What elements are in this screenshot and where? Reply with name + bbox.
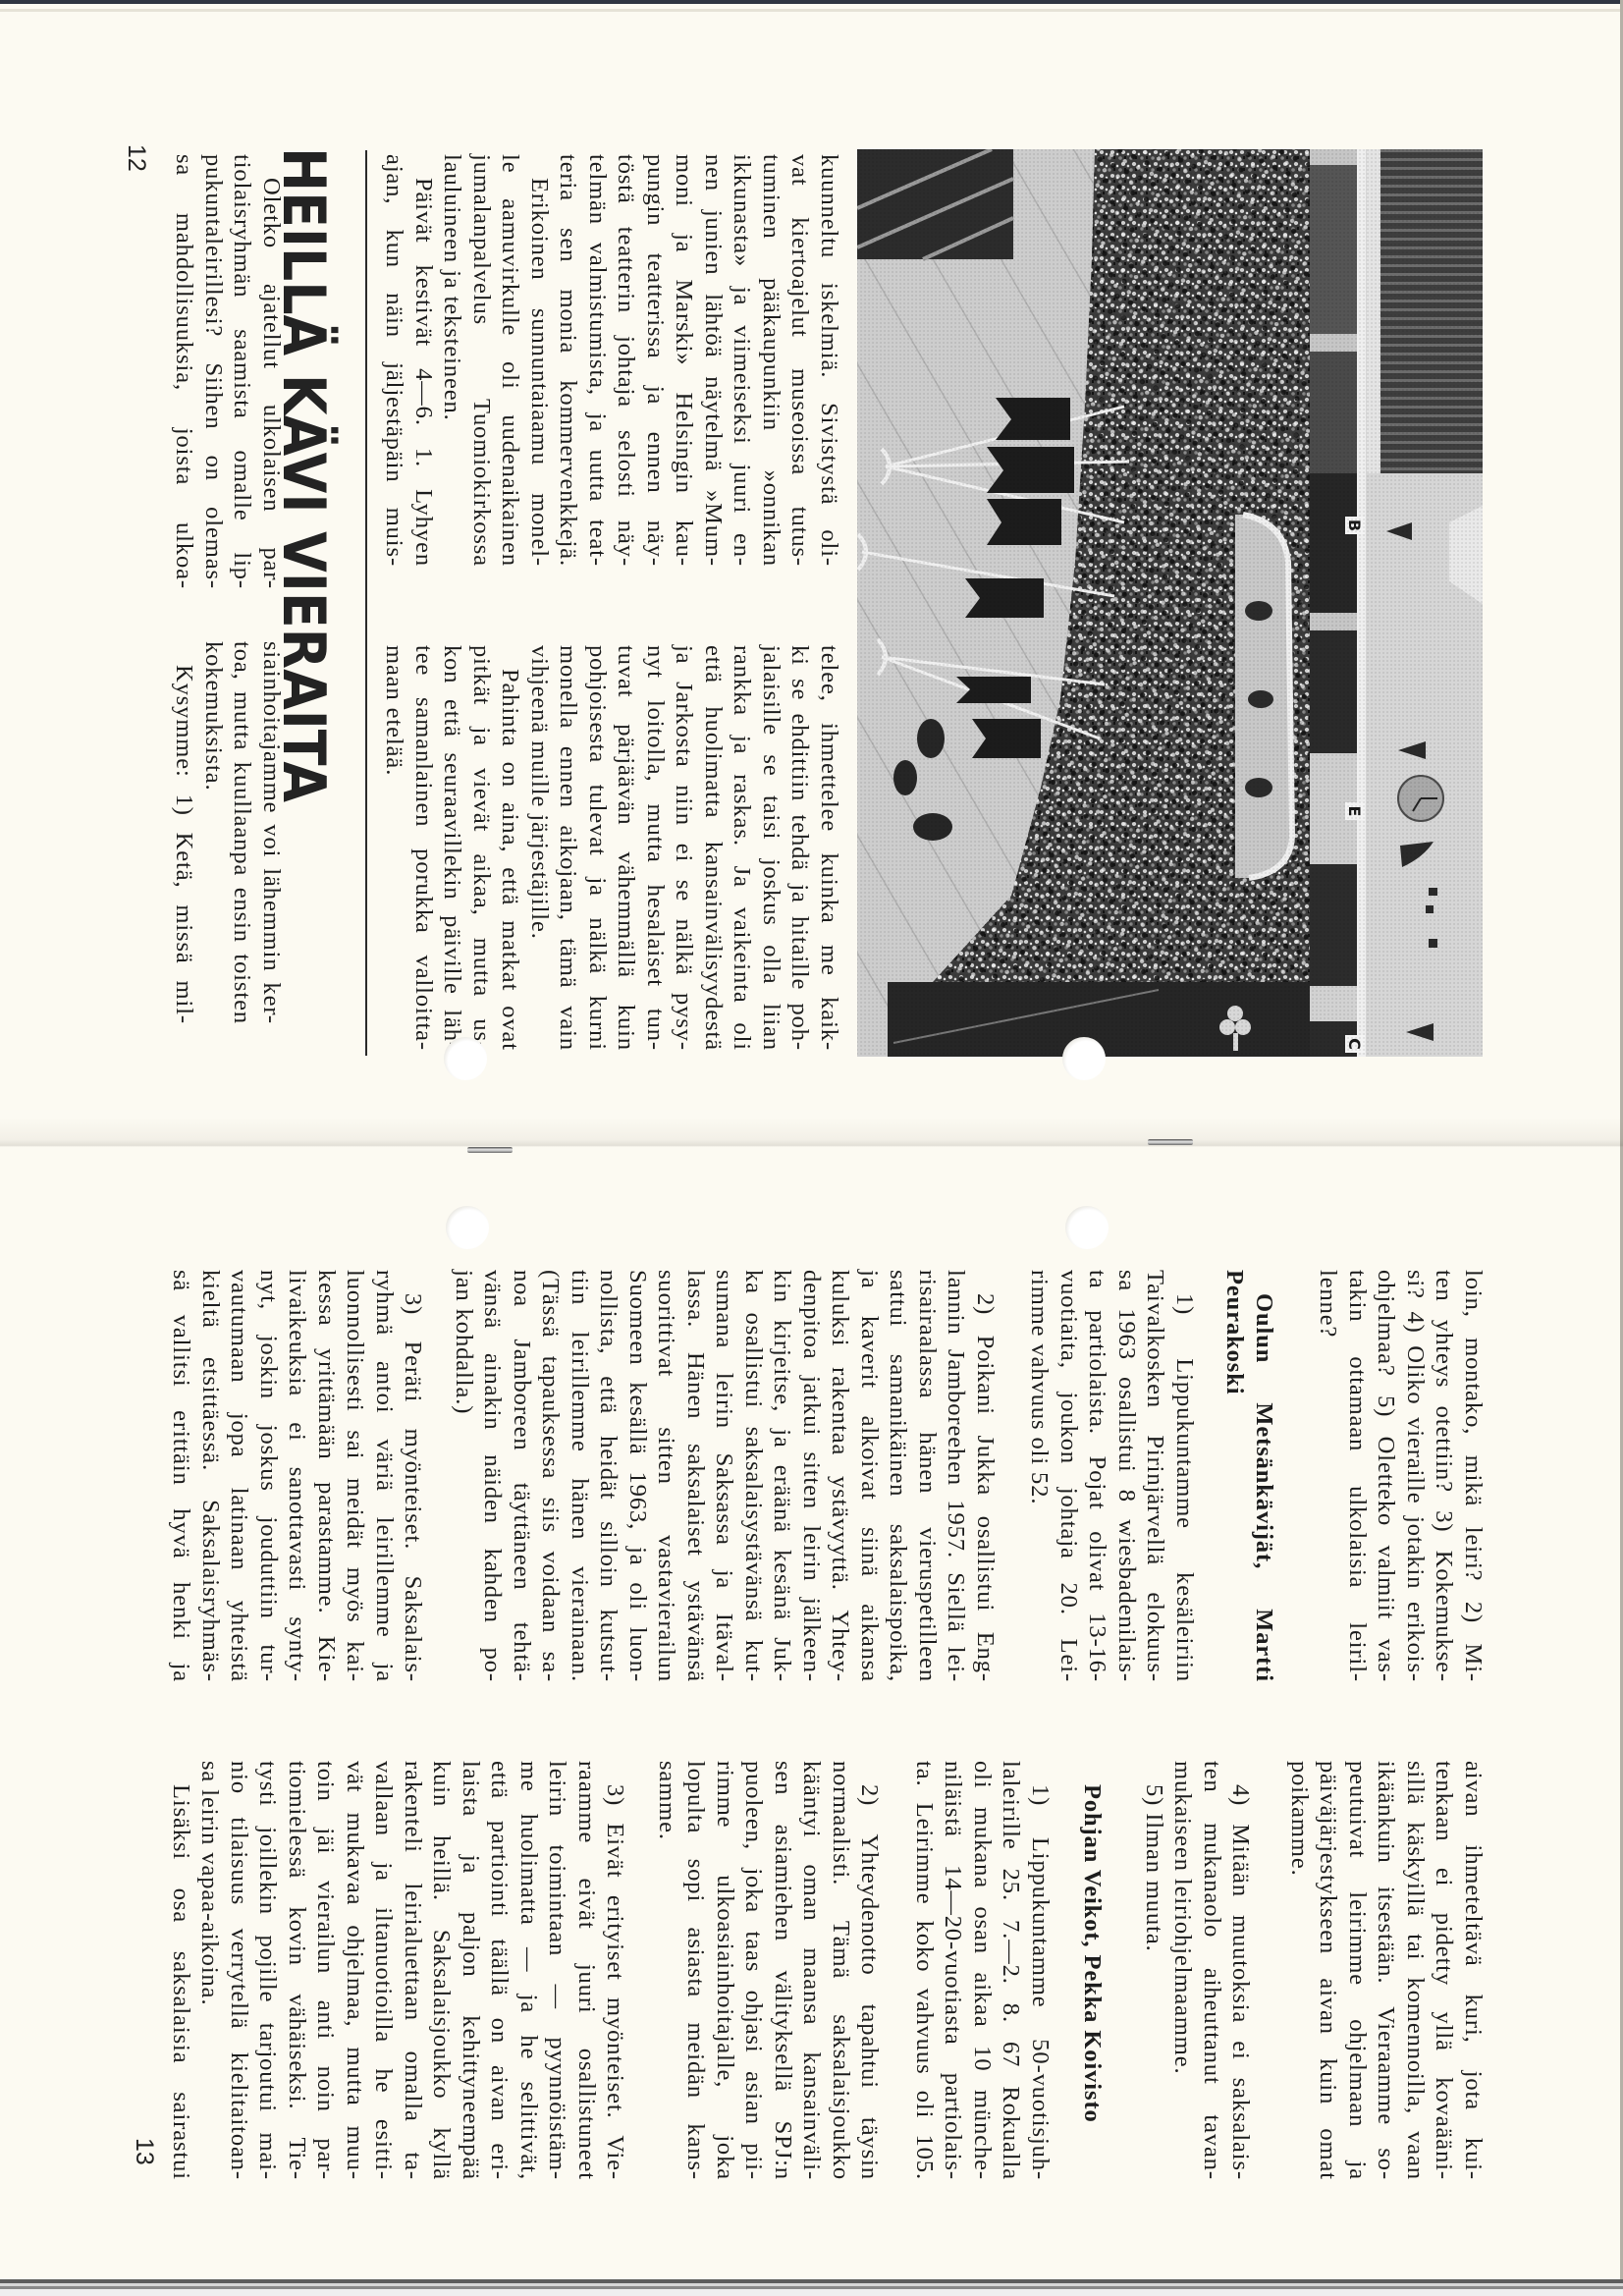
text-line: niläistä 14—20-vuotiasta partiolais-: [939, 1761, 968, 2180]
center-fold: [0, 1118, 1623, 1147]
text-line: 3) Eivät erityiset myönteiset. Vie-: [601, 1761, 630, 2180]
scan-background-right: [0, 2289, 1623, 2296]
answer-paragraph: 4) Mitään muutoksia ei saksalais-ten muk…: [1168, 1761, 1256, 2180]
text-line: nyt loitolla, mutta hesalaiset tun-: [641, 645, 671, 1051]
magazine-spread: B E C: [0, 0, 1623, 2296]
staple: [1148, 1139, 1193, 1145]
text-line: nio tilaisuus verrytellä kielitaitoan-: [225, 1761, 254, 2180]
text-line: töstä teatterin johtaja selosti näy-: [612, 154, 641, 567]
paragraph: Päivät kestivät 4—6. 1. Lyhyenajan, kun …: [380, 154, 438, 567]
text-line: poikamme.: [1285, 1761, 1315, 2180]
paragraph: Kysymme: 1) Ketä, missä mil-: [170, 641, 199, 1024]
paragraph: Oletko ajatellut ulkolaisen par-tiolaisr…: [170, 154, 286, 589]
text-line: sä vallitsi erittäin hyvä henki ja: [167, 1270, 196, 1682]
text-line: tiin leirillemme hänen vierainaan.: [566, 1270, 595, 1682]
text-line: nyt, joskin joskus jouduttiin tur-: [254, 1270, 284, 1682]
text-line: ja Jarkosta niin ei se nälkä pysy-: [670, 645, 699, 1051]
text-line: risairaalassa hänen vieruspetilleen: [913, 1270, 943, 1682]
section-divider: [365, 150, 367, 1056]
text-line: le aamuvirkulle oli uudenaikainen: [496, 154, 525, 567]
page-number: 12: [124, 144, 148, 172]
text-line: Pahinta on aina, että matkat ovat: [496, 645, 525, 1051]
story-column-1: kuunneltu iskelmiä. Sivistystä oli-vat k…: [380, 154, 843, 567]
text-line: kessa yrittämään parastamme. Kie-: [312, 1270, 342, 1682]
text-line: telmän valmistumista, ja uutta teat-: [583, 154, 613, 567]
text-line: lauluineen ja teksteineen.: [438, 154, 467, 567]
text-line: tuminen pääkaupunkiin »onnikan: [757, 154, 786, 567]
text-line: että huolimatta kansainvälisyydestä: [699, 645, 729, 1051]
text-line: että partiointi täällä on aivan eri-: [485, 1761, 514, 2180]
text-line: ja kaverit alkoivat siinä aikansa: [855, 1270, 885, 1682]
text-line: lopulta sopi asiasta meidän kans-: [681, 1761, 711, 2180]
text-line: denpitoa jatkui sitten leirin jälkeen-: [797, 1270, 827, 1682]
binding-hole: [446, 1206, 489, 1249]
text-line: leirin toimintaan — pyynnöistäm-: [543, 1761, 572, 2180]
text-line: ten mukanaolo aiheuttanut tavan-: [1198, 1761, 1227, 2180]
feature-title: HEILLÄ KÄVI VIERAITA: [280, 147, 343, 805]
text-line: tenkaan ei pidetty yllä kovaääni-: [1430, 1761, 1459, 2180]
text-line: lassa. Hänen saksalaiset ystävänsä: [681, 1270, 711, 1682]
binding-hole: [1062, 1037, 1106, 1080]
text-line: vihjeenä muille järjestäjille.: [525, 645, 555, 1051]
text-line: mukaiseen leiriohjelmaamme.: [1168, 1761, 1198, 2180]
feature-column-2: siainhoitajamme voi lähemmin ker-toa, mu…: [170, 641, 286, 1024]
text-line: jan kohdalla.): [450, 1270, 479, 1682]
text-line: Pohjan Veikot, Pekka Koivisto: [1078, 1761, 1108, 2180]
text-line: Erikoinen sunnuntaiaamu monel-: [525, 154, 555, 567]
text-line: jalaisille se taisi joskus olla liian: [757, 645, 786, 1051]
text-line: Lisäksi osa saksalaisia sairastui: [167, 1761, 196, 2180]
text-line: teria sen monia kommervenkkejä.: [554, 154, 583, 567]
text-line: monella ennen aikojaan, tämä vain: [554, 645, 583, 1051]
text-line: rimme vahvuus oli 52.: [1025, 1270, 1055, 1682]
text-line: rimme ulkoasiainhoitajalle, joka: [711, 1761, 740, 2180]
text-line: noa Jamboreen täyttäneen tehtä-: [508, 1270, 537, 1682]
text-line: vänsä ainakin näiden kahden po-: [478, 1270, 508, 1682]
text-line: sen asiamiehen välityksellä SPJ:n: [769, 1761, 798, 2180]
text-line: pohjoisesta tulevat ja nälkä kurni: [583, 645, 613, 1051]
text-line: lannin Jamboreehen 1957. Siellä lei-: [942, 1270, 971, 1682]
paper-crease: [0, 9, 1623, 12]
text-line: si? 4) Oliko vieraille jotakin erikois-: [1401, 1270, 1431, 1682]
answer-paragraph: 3) Eivät erityiset myönteiset. Vie-raamm…: [195, 1761, 630, 2180]
answer-paragraph: 3) Peräti myönteiset. Saksalais-ryhmä an…: [167, 1270, 428, 1682]
text-line: loin, montako, mikä leiri? 2) Mi-: [1459, 1270, 1488, 1682]
text-line: ikkunasta» ja viimeiseksi juuri en-: [728, 154, 757, 567]
text-line: raamme eivät juuri osallistuneet: [572, 1761, 602, 2180]
text-line: ta partiolaista. Pojat olivat 13-16-: [1083, 1270, 1112, 1682]
text-line: nollista, että heidät silloin kutsut-: [594, 1270, 623, 1682]
text-line: samme.: [653, 1761, 682, 2180]
feature-column-1: Oletko ajatellut ulkolaisen par-tiolaisr…: [170, 154, 286, 589]
text-line: 3) Peräti myönteiset. Saksalais-: [399, 1270, 428, 1682]
photo-image: B E C: [857, 149, 1483, 1057]
text-line: pungin teatterissa ja ennen näy-: [641, 154, 671, 567]
text-line: pukuntaleirillesi? Siihen on olemas-: [199, 154, 229, 589]
text-line: vautumaan jopa latinaan yhteistä: [225, 1270, 254, 1682]
paragraph: loin, montako, mikä leiri? 2) Mi-ten yht…: [1314, 1270, 1488, 1682]
staple: [467, 1147, 513, 1153]
text-line: ten yhteys otettiin? 3) Kokemukse-: [1430, 1270, 1459, 1682]
text-line: rankka ja raskas. Ja vaikeinta oli: [728, 645, 757, 1051]
text-line: (Tässä tapauksessa siis voidaan sa-: [536, 1270, 566, 1682]
text-line: tiomielessä kovin vähäiseksi. Tie-: [283, 1761, 312, 2180]
text-line: lenne?: [1314, 1270, 1343, 1682]
text-line: vallaan ja iltanuotioilla he esitti-: [369, 1761, 399, 2180]
text-line: kuluksi rakentaa ystävyyttä. Yhtey-: [826, 1270, 855, 1682]
text-line: kuunneltu iskelmiä. Sivistystä oli-: [815, 154, 844, 567]
text-line: aivan ihmeteltävä kuri, jota kui-: [1459, 1761, 1488, 2180]
scout-assembly-photo: B E C: [857, 149, 1483, 1057]
answer-paragraph: 2) Poikani Jukka osallistui Eng-lannin J…: [450, 1270, 1001, 1682]
text-line: vat kiertoajelut museoissa tutus-: [785, 154, 815, 567]
paragraph: Lisäksi osa saksalaisia sairastui: [167, 1761, 196, 2180]
text-line: 2) Poikani Jukka osallistui Eng-: [971, 1270, 1001, 1682]
text-line: ikäänkuin itsestään. Vieraamme so-: [1372, 1761, 1401, 2180]
text-line: kääntyi oman maansa kansainväli-: [797, 1761, 827, 2180]
text-line: 1) Lippukuntamme 50-vuotisjuh-: [1026, 1761, 1055, 2180]
paragraph: Erikoinen sunnuntaiaamu monel-le aamuvir…: [438, 154, 554, 567]
story-column-2: telee, ihmettelee kuinka me kaik-ki se e…: [380, 645, 843, 1051]
text-line: päiväjärjestykseen aivan kuin omat: [1314, 1761, 1343, 2180]
text-line: toin jäi vierailun anti noin par-: [311, 1761, 341, 2180]
text-line: ohjelmaa? 5) Oletteko valmiit vas-: [1372, 1270, 1401, 1682]
text-line: 2) Yhteydenotto tapahtui täysin: [855, 1761, 885, 2180]
text-line: jumalanpalvelus Tuomiokirkossa: [467, 154, 497, 567]
text-line: Taivalkosken Pirinjärvellä elokuus-: [1141, 1270, 1170, 1682]
text-line: puoleen, joka taas ohjasi asian pii-: [739, 1761, 769, 2180]
text-line: livaikeuksia ei sanottavasti synty-: [283, 1270, 312, 1682]
text-line: peutuivat leirimme ohjelmaan ja: [1343, 1761, 1373, 2180]
text-line: luonnollisesti sai meidät myös kai-: [341, 1270, 370, 1682]
text-line: maan etelää.: [380, 645, 409, 1051]
text-line: sattui samanikäinen saksalaispoika,: [884, 1270, 913, 1682]
page13-column-2: aivan ihmeteltävä kuri, jota kui-tenkaan…: [167, 1761, 1488, 2180]
text-line: laista ja paljon kehittyneempää: [457, 1761, 486, 2180]
text-line: Oulun Metsänkävijät, Martti: [1250, 1270, 1279, 1682]
text-line: siainhoitajamme voi lähemmin ker-: [257, 641, 287, 1024]
text-line: kieltä etsittäessä. Saksalaisryhmäs-: [196, 1270, 226, 1682]
text-line: ryhmä antoi väriä leirillemme ja: [370, 1270, 400, 1682]
binding-hole: [444, 1037, 487, 1080]
text-line: rakenteli leirialuettaan omalla ta-: [399, 1761, 428, 2180]
text-line: tuvat pärjäävän vähemmällä kuin: [612, 645, 641, 1051]
troop-byline-heading: Oulun Metsänkävijät, MarttiPeurakoski: [1220, 1270, 1278, 1682]
paragraph: telee, ihmettelee kuinka me kaik-ki se e…: [525, 645, 844, 1051]
answer-paragraph: 1) Lippukuntamme kesäleiriinTaivalkosken…: [1025, 1270, 1199, 1682]
text-line: takin ottamaan ulkolaisia leiril-: [1343, 1270, 1373, 1682]
text-line: Peurakoski: [1220, 1270, 1250, 1682]
text-line: Päivät kestivät 4—6. 1. Lyhyen: [409, 154, 439, 567]
page13-column-1: loin, montako, mikä leiri? 2) Mi-ten yht…: [167, 1270, 1488, 1682]
text-line: ajan, kun näin jäljestäpäin muis-: [380, 154, 409, 567]
text-line: 1) Lippukuntamme kesäleiriin: [1170, 1270, 1200, 1682]
text-line: kuin heillä. Saksalaisjoukko kyllä: [427, 1761, 457, 2180]
text-line: kokemuksista.: [199, 641, 229, 1024]
text-line: ki se ehdittiin tehdä ja hitaille poh-: [785, 645, 815, 1051]
paragraph: aivan ihmeteltävä kuri, jota kui-tenkaan…: [1285, 1761, 1488, 2180]
text-line: Oletko ajatellut ulkolaisen par-: [257, 154, 287, 589]
text-line: tiolaisryhmän saamista omalle lip-: [228, 154, 257, 589]
text-line: vät mukavaa ohjelmaa, mutta muu-: [341, 1761, 370, 2180]
answer-paragraph: 1) Lippukuntamme 50-vuotisjuh-laleirille…: [910, 1761, 1055, 2180]
text-line: Kysymme: 1) Ketä, missä mil-: [170, 641, 199, 1024]
paragraph: kuunneltu iskelmiä. Sivistystä oli-vat k…: [554, 154, 843, 567]
text-line: telee, ihmettelee kuinka me kaik-: [815, 645, 844, 1051]
text-line: pitkät ja vievät aikaa, mutta us-: [467, 645, 497, 1051]
text-line: normaalisti. Tämä saksalaisjoukko: [827, 1761, 856, 2180]
text-line: sillä käskyillä tai komennoilla, vaan: [1401, 1761, 1431, 2180]
paragraph: siainhoitajamme voi lähemmin ker-toa, mu…: [199, 641, 287, 1024]
scan-edge-left: [0, 0, 1623, 4]
text-line: 5) Ilman muuta.: [1140, 1761, 1169, 2180]
text-line: sa 1963 osallistui 8 wiesbadenilais-: [1112, 1270, 1142, 1682]
text-line: Suomeen kesällä 1963, ja oli luon-: [623, 1270, 653, 1682]
page-number: 13: [132, 2138, 156, 2165]
text-line: toa, mutta kuullaanpa ensin toisten: [228, 641, 257, 1024]
text-line: tee samanlainen porukka valloitta-: [409, 645, 439, 1051]
text-line: ta. Leirimme koko vahvuus oli 105.: [910, 1761, 940, 2180]
text-line: oli mukana osan aikaa 10 münche-: [968, 1761, 998, 2180]
text-line: me huolimatta — ja he selittivät,: [514, 1761, 544, 2180]
text-line: kon että seuraavillekin päiville läh-: [438, 645, 467, 1051]
text-line: sa mahdollisuuksia, joista ulkoa-: [170, 154, 199, 589]
binding-hole: [1065, 1206, 1109, 1249]
text-line: vuotiaita, joukon johtaja 20. Lei-: [1055, 1270, 1084, 1682]
answer-paragraph: 2) Yhteydenotto tapahtui täysinnormaalis…: [653, 1761, 885, 2180]
text-line: tysti joillekin pojille tarjoutui mai-: [253, 1761, 283, 2180]
text-line: 4) Mitään muutoksia ei saksalais-: [1226, 1761, 1256, 2180]
text-line: suorittivat sitten vastavierailun: [652, 1270, 681, 1682]
text-line: laleirille 25. 7.—2. 8. 67 Rokualla: [997, 1761, 1026, 2180]
troop-byline-heading: Pohjan Veikot, Pekka Koivisto: [1078, 1761, 1108, 2180]
text-line: sa leirin vapaa-aikoina.: [195, 1761, 225, 2180]
text-line: nen junien lähtöä näytelmä »Mum-: [699, 154, 729, 567]
text-line: ka osallistui saksalaisystävänsä kut-: [739, 1270, 769, 1682]
text-line: sumana leirin Saksassa ja Itäval-: [710, 1270, 739, 1682]
text-line: kin kirjeitse, ja eräänä kesänä Juk-: [768, 1270, 797, 1682]
paragraph: Pahinta on aina, että matkat ovatpitkät …: [380, 645, 525, 1051]
answer-paragraph: 5) Ilman muuta.: [1140, 1761, 1169, 2180]
text-line: moni ja Marski» Helsingin kau-: [670, 154, 699, 567]
